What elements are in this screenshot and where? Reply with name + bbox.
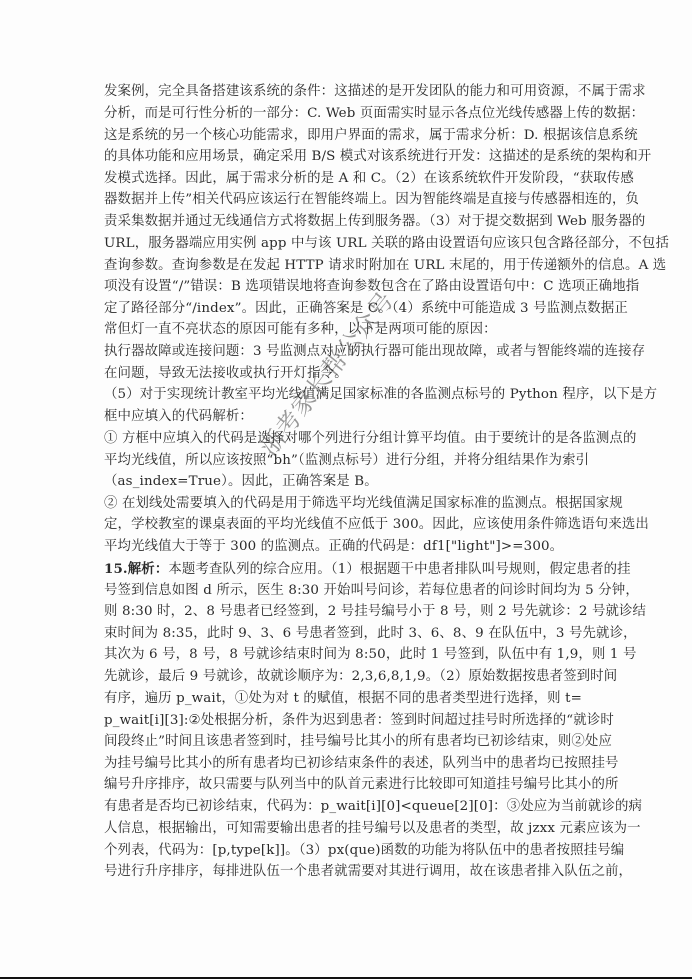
text-line: 分析，而是可行性分析的一部分：C. Web 页面需实时显示各点位光线传感器上传的… [104,105,590,123]
text-line: （as_index=True）。因此，正确答案是 B。 [104,473,590,491]
text-line: 人信息，根据输出，可知需要输出患者的挂号编号以及患者的类型，故 jzxx 元素应… [104,820,590,838]
text-line: URL，服务器端应用实例 app 中与该 URL 关联的路由设置语句应该只包含路… [104,235,590,253]
text-line: 则 8:30 时，2、8 号患者已经签到，2 号挂号编号小于 8 号，则 2 号… [104,603,590,621]
document-page: 发案例，完全具备搭建该系统的条件：这描述的是开发团队的能力和可用资源，不属于需求… [0,0,692,979]
text-line: 发案例，完全具备搭建该系统的条件：这描述的是开发团队的能力和可用资源，不属于需求 [104,83,590,101]
text-line: ① 方框中应填入的代码是选择对哪个列进行分组计算平均值。由于要统计的是各监测点的 [104,430,590,448]
text-line: ② 在划线处需要填入的代码是用于筛选平均光线值满足国家标准的监测点。根据国家规 [104,495,590,513]
text-line: 有序，遍历 p_wait，①处为对 t 的赋值，根据不同的患者类型进行选择，则 … [104,690,590,708]
text-line: 框中应填入的代码解析： [104,408,590,426]
text-line: 编号升序排序，故只需要与队列当中的队首元素进行比较即可知道挂号编号比其小的所 [104,776,590,794]
text-line: 先就诊，最后 9 号就诊，故就诊顺序为：2,3,6,8,1,9。（2）原始数据按… [104,668,590,686]
text-line: 间段终止”时间且该患者签到时，挂号编号比其小的所有患者均已初诊结束，则②处应 [104,733,590,751]
text-line: 束时间为 8:35，此时 9、3、6 号患者签到，此时 3、6、8、9 在队伍中… [104,625,590,643]
text-line: 号签到信息如图 d 所示，医生 8:30 开始叫号问诊，若每位患者的问诊时间均为… [104,582,590,600]
text-line: 器数据并上传”相关代码应该运行在智能终端上。因为智能终端是直接与传感器相连的，负 [104,191,590,209]
text-line: p_wait[i][3]:②处根据分析，条件为迟到患者：签到时间超过挂号时所选择… [104,712,590,730]
text-line: 查询参数。查询参数是在发起 HTTP 请求时附加在 URL 末尾的，用于传递额外… [104,257,590,275]
text-line: 责采集数据并通过无线通信方式将数据上传到服务器。（3）对于提交数据到 Web 服… [104,213,590,231]
text-line: 本题考查队列的综合应用。（1）根据题干中患者排队叫号规则，假定患者的挂 [168,562,630,577]
text-line: 为挂号编号比其小的所有患者均已初诊结束条件的表述，队列当中的患者均已按照挂号 [104,755,590,773]
text-line: 号进行升序排序，每排进队伍一个患者就需要对其进行调用，故在该患者排入队伍之前， [104,863,590,881]
text-line: 有患者是否均已初诊结束，代码为：p_wait[i][0]<queue[2][0]… [104,798,590,816]
text-line: 个列表，代码为：[p,type[k]]。（3）px(que)函数的功能为将队伍中… [104,842,590,860]
text-line: 的具体功能和应用场景，确定采用 B/S 模式对该系统进行开发：这描述的是系统的架… [104,148,590,166]
text-line: 项没有设置“/”错误：B 选项错误地将查询参数包含在了路由设置语句中：C 选项正… [104,278,590,296]
text-line: 其次为 6 号，8 号，8 号就诊结束时间为 8:50，此时 1 号签到，队伍中… [104,646,590,664]
section-15-label: 15.解析： [104,561,168,577]
text-line: 这是系统的另一个核心功能需求，即用户界面的需求，属于需求分析：D. 根据该信息系… [104,127,590,145]
text-line: 平均光线值大于等于 300 的监测点。正确的代码是：df1["light"]>=… [104,538,590,556]
text-line: 定，学校教室的课桌表面的平均光线值不应低于 300。因此，应该使用条件筛选语句来… [104,516,590,534]
text-line: （5）对于实现统计教室平均光线值满足国家标准的各监测点标号的 Python 程序… [104,386,590,404]
text-line: 平均光线值，所以应该按照“bh”（监测点标号）进行分组，并将分组结果作为索引 [104,452,590,470]
section-15-line: 15.解析：本题考查队列的综合应用。（1）根据题干中患者排队叫号规则，假定患者的… [104,560,590,578]
text-line: 发模式选择。因此，属于需求分析的是 A 和 C。（2）在该系统软件开发阶段，“获… [104,170,590,188]
